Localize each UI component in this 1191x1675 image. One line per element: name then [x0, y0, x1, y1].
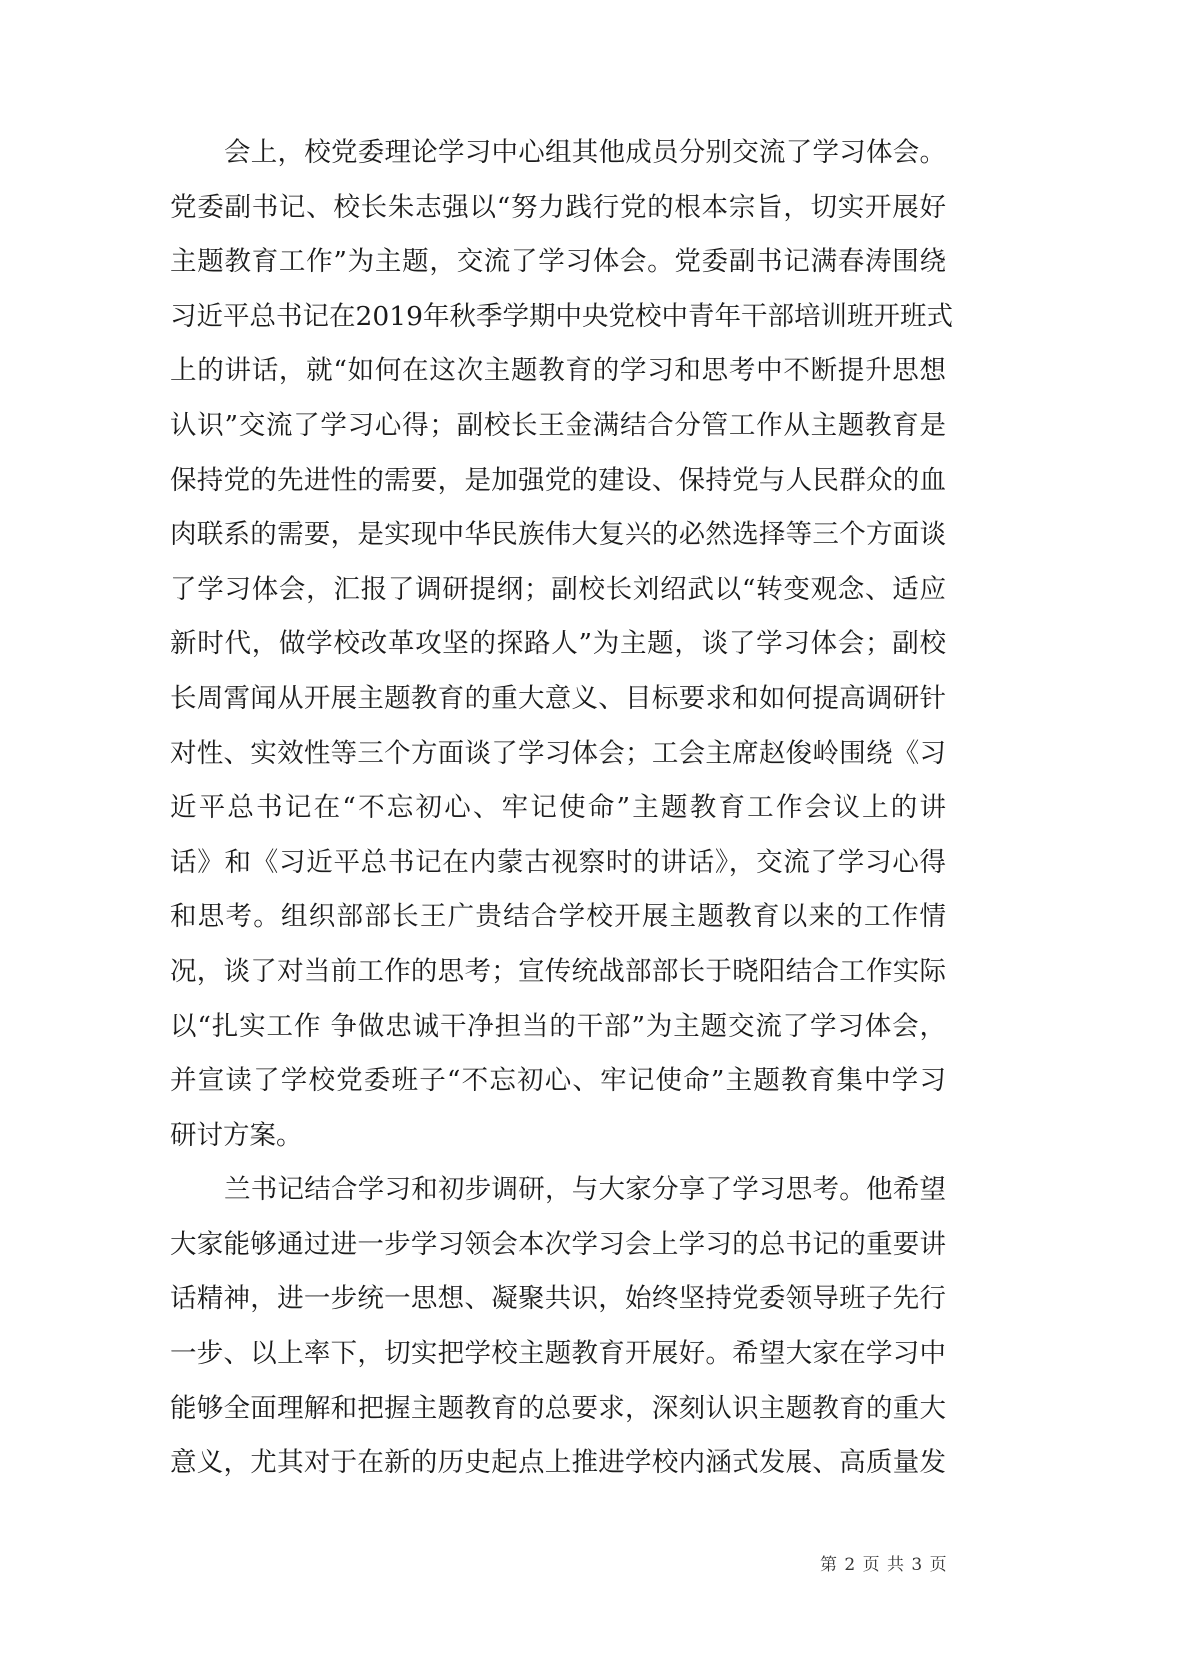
text-line: 党委副书记、校长朱志强以“努力践行党的根本宗旨，切实开展好: [170, 181, 946, 236]
text-line: 主题教育工作”为主题，交流了学习体会。党委副书记满春涛围绕: [170, 235, 946, 290]
text-line: 研讨方案。: [170, 1109, 946, 1164]
text-line: 况，谈了对当前工作的思考；宣传统战部部长于晓阳结合工作实际: [170, 945, 946, 1000]
text-line: 认识”交流了学习心得；副校长王金满结合分管工作从主题教育是: [170, 399, 946, 454]
text-line: 兰书记结合学习和初步调研，与大家分享了学习思考。他希望: [170, 1163, 946, 1218]
text-line: 近平总书记在“不忘初心、牢记使命”主题教育工作会议上的讲: [170, 781, 946, 836]
document-body: 会上，校党委理论学习中心组其他成员分别交流了学习体会。 党委副书记、校长朱志强以…: [170, 126, 946, 1491]
text-line: 话》和《习近平总书记在内蒙古视察时的讲话》，交流了学习心得: [170, 836, 946, 891]
document-page: 会上，校党委理论学习中心组其他成员分别交流了学习体会。 党委副书记、校长朱志强以…: [0, 0, 1191, 1675]
text-line: 一步、以上率下，切实把学校主题教育开展好。希望大家在学习中: [170, 1327, 946, 1382]
paragraph-1: 会上，校党委理论学习中心组其他成员分别交流了学习体会。 党委副书记、校长朱志强以…: [170, 126, 946, 1163]
text-line: 保持党的先进性的需要，是加强党的建设、保持党与人民群众的血: [170, 454, 946, 509]
text-line: 习近平总书记在2019年秋季学期中央党校中青年干部培训班开班式: [170, 290, 946, 345]
text-line: 了学习体会，汇报了调研提纲；副校长刘绍武以“转变观念、适应: [170, 563, 946, 618]
page-number: 第 2 页 共 3 页: [820, 1550, 946, 1575]
text-line: 会上，校党委理论学习中心组其他成员分别交流了学习体会。: [170, 126, 946, 181]
text-line: 上的讲话，就“如何在这次主题教育的学习和思考中不断提升思想: [170, 344, 946, 399]
paragraph-2: 兰书记结合学习和初步调研，与大家分享了学习思考。他希望 大家能够通过进一步学习领…: [170, 1163, 946, 1491]
text-line: 和思考。组织部部长王广贵结合学校开展主题教育以来的工作情: [170, 890, 946, 945]
text-line: 以“扎实工作 争做忠诚干净担当的干部”为主题交流了学习体会，: [170, 1000, 946, 1055]
text-line: 新时代，做学校改革攻坚的探路人”为主题，谈了学习体会；副校: [170, 617, 946, 672]
text-line: 大家能够通过进一步学习领会本次学习会上学习的总书记的重要讲: [170, 1218, 946, 1273]
text-line: 能够全面理解和把握主题教育的总要求，深刻认识主题教育的重大: [170, 1382, 946, 1437]
text-line: 意义，尤其对于在新的历史起点上推进学校内涵式发展、高质量发: [170, 1436, 946, 1491]
text-line: 并宣读了学校党委班子“不忘初心、牢记使命”主题教育集中学习: [170, 1054, 946, 1109]
text-line: 话精神，进一步统一思想、凝聚共识，始终坚持党委领导班子先行: [170, 1272, 946, 1327]
text-line: 对性、实效性等三个方面谈了学习体会；工会主席赵俊岭围绕《习: [170, 727, 946, 782]
text-line: 肉联系的需要，是实现中华民族伟大复兴的必然选择等三个方面谈: [170, 508, 946, 563]
text-line: 长周霄闻从开展主题教育的重大意义、目标要求和如何提高调研针: [170, 672, 946, 727]
